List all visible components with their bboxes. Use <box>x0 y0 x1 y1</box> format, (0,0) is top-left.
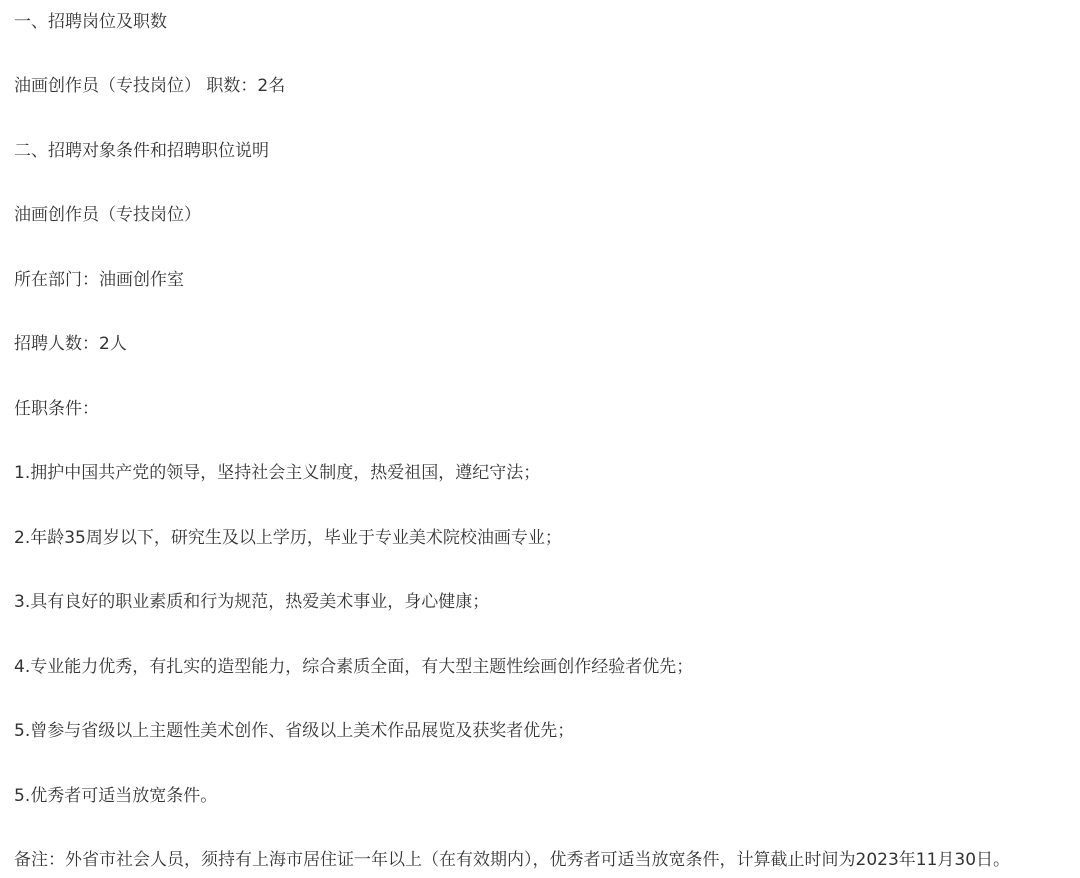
section-heading-positions: 一、招聘岗位及职数 <box>14 10 167 34</box>
section-heading-conditions: 二、招聘对象条件和招聘职位说明 <box>14 139 269 163</box>
requirement-item: 4.专业能力优秀，有扎实的造型能力，综合素质全面，有大型主题性绘画创作经验者优先… <box>14 655 693 679</box>
position-quota: 油画创作员（专技岗位） 职数：2名 <box>14 74 285 98</box>
position-title: 油画创作员（专技岗位） <box>14 203 201 227</box>
requirement-item: 5.优秀者可适当放宽条件。 <box>14 784 217 808</box>
requirement-item: 1.拥护中国共产党的领导，坚持社会主义制度，热爱祖国，遵纪守法； <box>14 461 540 485</box>
requirement-item: 5.曾参与省级以上主题性美术创作、省级以上美术作品展览及获奖者优先； <box>14 719 574 743</box>
hiring-count: 招聘人数：2人 <box>14 332 127 356</box>
remark-note: 备注：外省市社会人员，须持有上海市居住证一年以上（在有效期内），优秀者可适当放宽… <box>14 848 1010 872</box>
requirement-item: 2.年龄35周岁以下，研究生及以上学历，毕业于专业美术院校油画专业； <box>14 526 562 550</box>
department: 所在部门：油画创作室 <box>14 268 184 292</box>
requirement-item: 3.具有良好的职业素质和行为规范，热爱美术事业，身心健康； <box>14 590 489 614</box>
requirements-heading: 任职条件： <box>14 397 99 421</box>
